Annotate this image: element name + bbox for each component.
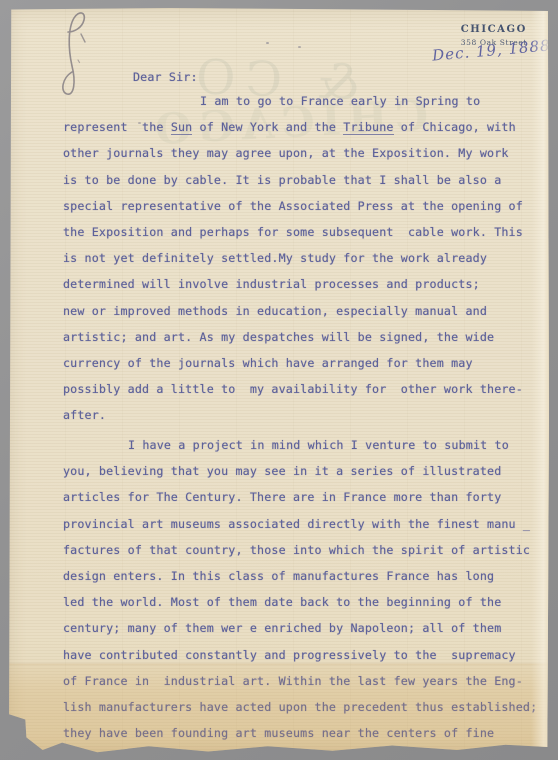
letterhead-city: CHICAGO [461,24,527,35]
letter-line: you, believing that you may see in it a … [63,458,543,484]
scanner-background: & CO CHICAGO CHICAGO 358 Oak Street Dec.… [0,0,558,760]
letter-line: is to be done by cable. It is probable t… [63,167,543,193]
letter-line: provincial art museums associated direct… [63,511,543,537]
letter-line: is not yet definitely settled.My study f… [63,245,543,271]
letter-line: articles for The Century. There are in F… [63,484,543,510]
letter-line: represent the Sun of New York and the Tr… [63,114,543,140]
letter-line: design enters. In this class of manufact… [63,563,543,589]
ink-specks [266,42,269,44]
paper-right-edge-highlight [531,8,549,753]
paragraph-1: I am to go to France early in Spring tor… [63,88,543,428]
letter-line: other journals they may agree upon, at t… [63,140,543,166]
letter-line: I am to go to France early in Spring to [63,88,543,114]
scan-exposure-band [8,664,549,753]
letter-line: factures of that country, those into whi… [63,537,543,563]
letter-line: new or improved methods in education, es… [63,298,543,324]
letter-line: the Exposition and perhaps for some subs… [63,219,543,245]
letter-line: determined will involve industrial proce… [63,271,543,297]
letter-line: special representative of the Associated… [63,193,543,219]
letter-line: artistic; and art. As my despatches will… [63,324,543,350]
letter-page: & CO CHICAGO CHICAGO 358 Oak Street Dec.… [8,8,549,753]
pencil-flourish-icon [48,8,108,98]
letter-line: currency of the journals which have arra… [63,350,543,376]
letter-line: possibly add a little to my availability… [63,376,543,402]
salutation: Dear Sir: [133,70,198,84]
letter-line: century; many of them wer e enriched by … [63,615,543,641]
letter-line: led the world. Most of them date back to… [63,589,543,615]
letter-line: after. [63,402,543,428]
letter-line: I have a project in mind which I venture… [63,432,543,458]
